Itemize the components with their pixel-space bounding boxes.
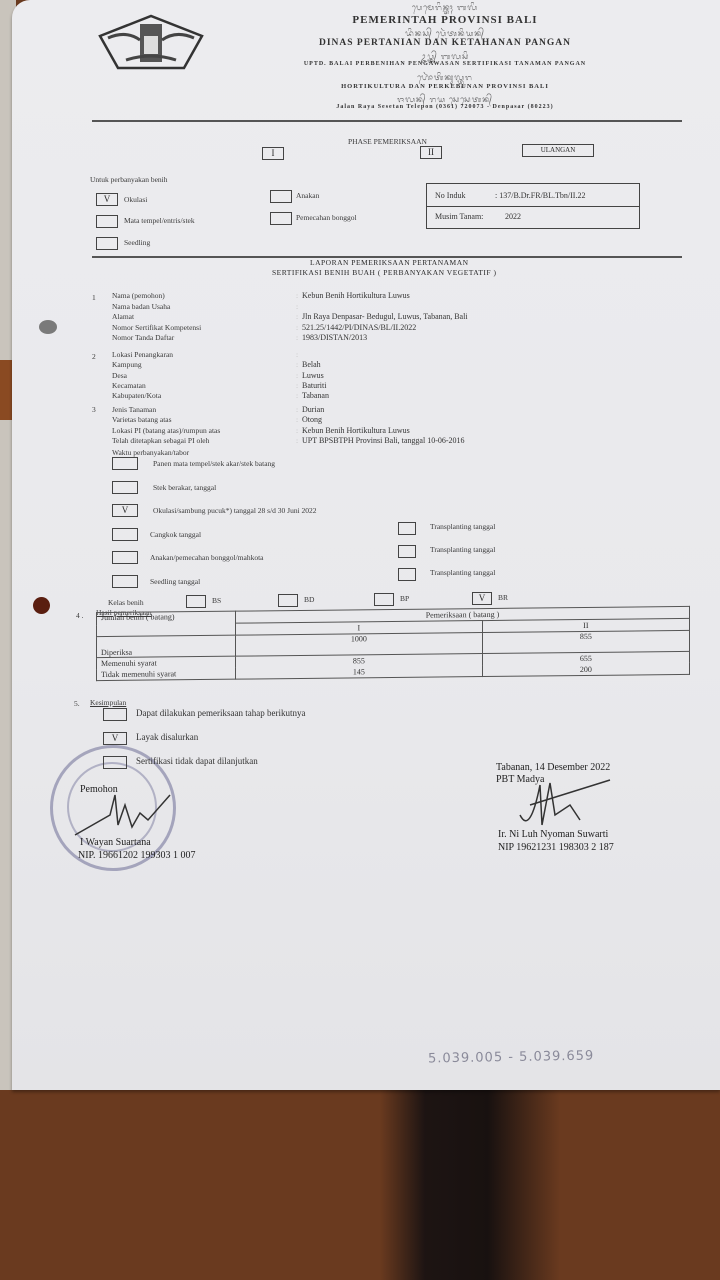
field-colon: : (296, 436, 298, 445)
checkbox-waktu[interactable] (112, 481, 138, 494)
checkbox-anakan[interactable] (270, 190, 292, 203)
document-page (12, 0, 720, 1090)
applicant-nip: NIP. 19661202 199303 1 007 (78, 850, 196, 861)
inspector-name: Ir. Ni Luh Nyoman Suwarti (498, 829, 608, 840)
background-shadow (380, 1088, 560, 1280)
conclusion-title: Kesimpulan (90, 698, 126, 707)
section-number: 3 (92, 405, 96, 414)
cell-value: 200 (482, 663, 689, 677)
bali-province-emblem-icon (96, 14, 206, 70)
field-colon: : (296, 405, 298, 414)
option-label: BR (498, 593, 508, 602)
checkbox-seedling[interactable] (96, 237, 118, 250)
field-label: Varietas batang atas (112, 415, 172, 424)
option-label: Panen mata tempel/stek akar/stek batang (153, 459, 275, 468)
place-date: Tabanan, 14 Desember 2022 (496, 762, 610, 773)
option-label: Mata tempel/entris/stek (124, 216, 195, 225)
checkbox-transplanting[interactable] (398, 545, 416, 558)
cell-value: 855 (482, 630, 689, 653)
unit-name: UPTD. BALAI PERBENIHAN PENGAWASAN SERTIF… (205, 61, 685, 67)
checkbox-conclusion[interactable] (103, 708, 127, 721)
phase-option-i[interactable]: I (262, 147, 284, 160)
option-label: BP (400, 594, 409, 603)
field-value: Durian (302, 405, 324, 414)
section-number: 2 (92, 352, 96, 361)
report-title: LAPORAN PEMERIKSAAN PERTANAMAN (310, 258, 469, 267)
field-colon: : (296, 291, 298, 300)
field-value: Belah (302, 360, 321, 369)
phase-option-ulangan[interactable]: ULANGAN (522, 144, 594, 157)
no-induk-value: : 137/B.Dr.FR/BL.Tbn/II.22 (495, 191, 585, 200)
musim-value: 2022 (505, 212, 521, 221)
checkbox-kelas-bp[interactable] (374, 593, 394, 606)
field-label: Kecamatan (112, 381, 146, 390)
inspector-nip: NIP 19621231 198303 2 187 (498, 842, 614, 853)
field-label: Kabupaten/Kota (112, 391, 161, 400)
cell-value: 145 (236, 665, 483, 679)
option-label: Seedling (124, 238, 150, 247)
registration-box: No Induk : 137/B.Dr.FR/BL.Tbn/II.22 Musi… (426, 183, 640, 229)
field-label: Nama (pemohon) (112, 291, 165, 300)
option-label: BD (304, 595, 314, 604)
field-colon: : (296, 312, 298, 321)
checkbox-okulasi[interactable]: V (96, 193, 118, 206)
no-induk-label: No Induk (435, 191, 465, 200)
checkbox-conclusion[interactable]: V (103, 732, 127, 745)
field-colon: : (296, 371, 298, 380)
kelas-benih-label: Kelas benih (108, 598, 144, 607)
field-value: UPT BPSBTPH Provinsi Bali, tanggal 10-06… (302, 436, 465, 445)
option-label: Okulasi/sambung pucuk*) tanggal 28 s/d 3… (153, 506, 317, 515)
checkbox-kelas-bs[interactable] (186, 595, 206, 608)
field-value: Jln Raya Denpasar- Bedugul, Luwus, Taban… (302, 312, 468, 321)
applicant-signature (70, 785, 180, 845)
waktu-label: Waktu perbanyakan/tabor (112, 448, 189, 457)
row-label: Tidak memenuhi syarat (97, 668, 236, 681)
punch-hole (39, 320, 57, 334)
section-number: 4 . (76, 611, 84, 620)
checkbox-transplanting[interactable] (398, 568, 416, 581)
checkbox-kelas-bd[interactable] (278, 594, 298, 607)
option-label: Cangkok tanggal (150, 530, 201, 539)
option-label: Sertifikasi tidak dapat dilanjutkan (136, 756, 258, 766)
checkbox-waktu[interactable] (112, 457, 138, 470)
punch-hole (33, 597, 50, 614)
field-value: Tabanan (302, 391, 329, 400)
section-number: 1 (92, 293, 96, 302)
results-table: Jumlah benih ( batang) Pemeriksaan ( bat… (96, 606, 690, 681)
option-label: Stek berakar, tanggal (153, 483, 216, 492)
field-value: Otong (302, 415, 322, 424)
field-colon: : (296, 302, 298, 311)
field-label: Lokasi PI (batang atas)/rumpun atas (112, 426, 220, 435)
checkbox-mata-tempel[interactable] (96, 215, 118, 228)
inspector-signature (510, 775, 620, 835)
option-label: Transplanting tanggal (430, 568, 495, 577)
checkbox-kelas-br[interactable]: V (472, 592, 492, 605)
unit-name-2: HORTIKULTURA DAN PERKEBUNAN PROVINSI BAL… (205, 83, 685, 90)
checkbox-waktu[interactable]: V (112, 504, 138, 517)
checkbox-conclusion[interactable] (103, 756, 127, 769)
option-label: Seedling tanggal (150, 577, 200, 586)
field-colon: : (296, 415, 298, 424)
field-colon: : (296, 333, 298, 342)
field-colon: : (296, 323, 298, 332)
field-label: Telah ditetapkan sebagai PI oleh (112, 436, 209, 445)
propagation-label: Untuk perbanyakan benih (90, 175, 167, 184)
field-label: Nama badan Usaha (112, 302, 170, 311)
checkbox-waktu[interactable] (112, 551, 138, 564)
field-label: Desa (112, 371, 127, 380)
org-name: PEMERINTAH PROVINSI BALI (205, 14, 685, 26)
option-label: Okulasi (124, 195, 147, 204)
field-label: Jenis Tanaman (112, 405, 156, 414)
checkbox-transplanting[interactable] (398, 522, 416, 535)
field-value: 1983/DISTAN/2013 (302, 333, 367, 342)
field-colon: : (296, 381, 298, 390)
field-label: Lokasi Penangkaran (112, 350, 173, 359)
row-label: Diperiksa (97, 635, 236, 657)
option-label: Transplanting tanggal (430, 522, 495, 531)
option-label: Transplanting tanggal (430, 545, 495, 554)
field-colon: : (296, 360, 298, 369)
option-label: Dapat dilakukan pemeriksaan tahap beriku… (136, 708, 305, 718)
field-label: Nomor Tanda Daftar (112, 333, 174, 342)
field-colon: : (296, 426, 298, 435)
option-label: BS (212, 596, 221, 605)
checkbox-waktu[interactable] (112, 528, 138, 541)
header-divider (92, 120, 682, 122)
checkbox-pemecahan-bonggol[interactable] (270, 212, 292, 225)
address: Jalan Raya Sesetan Telepon (0361) 720073… (205, 104, 685, 110)
field-value: Luwus (302, 371, 324, 380)
col-header: Jumlah benih ( batang) (97, 611, 236, 636)
field-label: Kampung (112, 360, 142, 369)
field-value: 521.25/1442/PI/DINAS/BL/II.2022 (302, 323, 416, 332)
checkbox-waktu[interactable] (112, 575, 138, 588)
field-value: Kebun Benih Hortikultura Luwus (302, 426, 410, 435)
field-value: Kebun Benih Hortikultura Luwus (302, 291, 410, 300)
phase-option-ii[interactable]: II (420, 146, 442, 159)
field-value: Baturiti (302, 381, 326, 390)
section-number: 5. (74, 699, 80, 708)
report-subtitle: SERTIFIKASI BENIH BUAH ( PERBANYAKAN VEG… (272, 268, 496, 277)
cell-value: 1000 (236, 633, 483, 657)
field-colon: : (296, 350, 298, 359)
field-label: Nomor Sertifikat Kompetensi (112, 323, 201, 332)
phase-title: PHASE PEMERIKSAAN (348, 137, 427, 146)
applicant-name: I Wayan Suartana (80, 837, 151, 848)
option-label: Anakan/pemecahan bonggol/mahkota (150, 553, 264, 562)
dept-name: DINAS PERTANIAN DAN KETAHANAN PANGAN (205, 38, 685, 48)
field-label: Alamat (112, 312, 134, 321)
musim-label: Musim Tanam: (435, 212, 483, 221)
option-label: Layak disalurkan (136, 732, 198, 742)
option-label: Anakan (296, 191, 319, 200)
option-label: Pemecahan bonggol (296, 213, 357, 222)
handwritten-note: 5.039.005 - 5.039.659 (428, 1049, 595, 1067)
field-colon: : (296, 391, 298, 400)
